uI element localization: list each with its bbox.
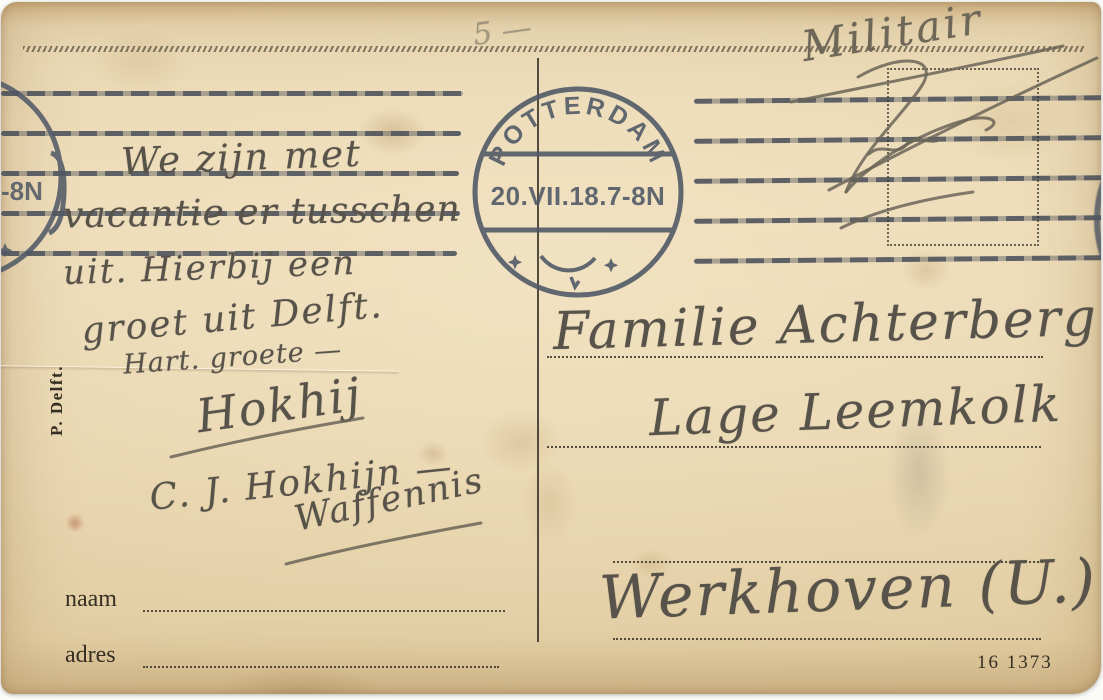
cancel-bar: [694, 255, 1101, 264]
postmark-date-text: 20.VII.18.7-8N: [491, 181, 666, 211]
publisher-imprint: P. Delft.: [47, 294, 67, 436]
message-line-1: We zijn met: [120, 132, 362, 183]
address-field-line: [143, 644, 499, 668]
signature-underline: [286, 523, 481, 564]
message-line-2: vacantie er tusschen: [63, 189, 461, 237]
star-icon: [604, 258, 618, 272]
print-number: 16 1373: [977, 652, 1053, 674]
name-field-line: [143, 588, 505, 612]
stamp-box-scribble: [781, 32, 1101, 252]
postmark-fragment-text: -8N: [1, 176, 43, 206]
postmark-town-text: ROTTERDAM: [483, 92, 672, 171]
name-field-label: naam: [65, 586, 117, 613]
signature-flourishes: [141, 402, 501, 582]
scribble-signature: [846, 61, 926, 192]
postmark-tick-mark: [571, 277, 579, 287]
scribble-squiggle: [841, 192, 973, 228]
postmark-rotterdam: ROTTERDAM 20.VII.18.7-8N: [453, 74, 703, 314]
address-field-label: adres: [65, 642, 116, 669]
signature-underline: [171, 418, 363, 457]
postcard-back: ROTTERDAM 20.VII.18.7-8N -8N P. Delft. n…: [1, 2, 1101, 694]
star-icon: [1, 243, 12, 257]
postmark-arc-mark: [541, 256, 595, 270]
